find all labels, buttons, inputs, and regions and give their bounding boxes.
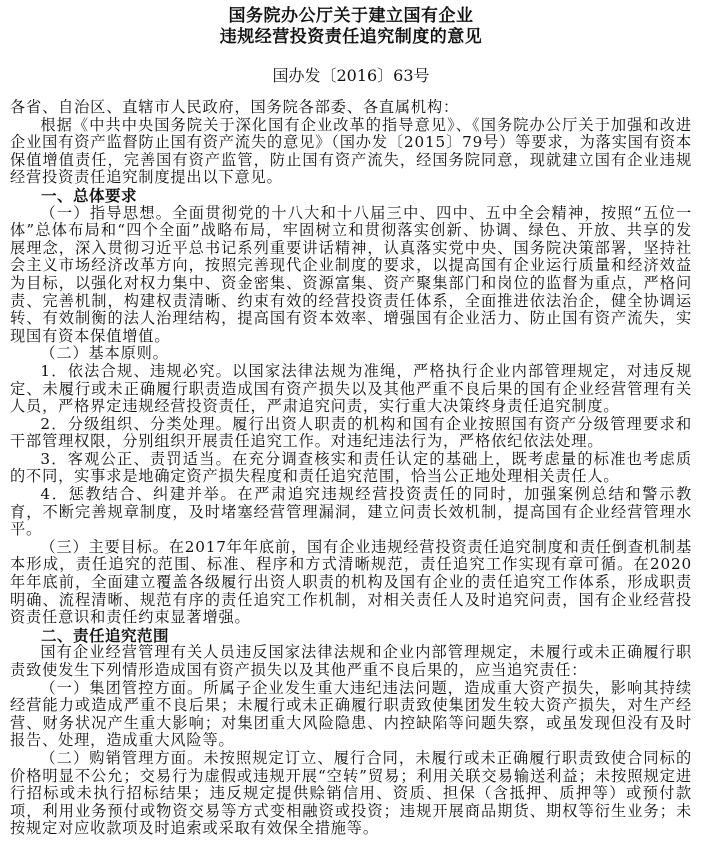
salutation: 各省、自治区、直辖市人民政府，国务院各部委、各直属机构： (10, 99, 692, 117)
document-page: 国务院办公厅关于建立国有企业 违规经营投资责任追究制度的意见 国办发〔2016〕… (10, 0, 692, 838)
scope-intro-paragraph: 国有企业经营管理有关人员违反国家法律法规和企业内部管理规定，未履行或未正确履行职… (10, 644, 692, 679)
document-number: 国办发〔2016〕63号 (10, 66, 692, 86)
guiding-ideology-paragraph: （一）指导思想。全面贯彻党的十八大和十八届三中、四中、五中全会精神，按照“五位一… (10, 205, 692, 346)
document-title-line-2: 违规经营投资责任追究制度的意见 (10, 27, 692, 48)
section-heading-accountability-scope: 二、责任追究范围 (10, 627, 692, 645)
principle-item: 4．惩教结合、纠建并举。在严肃追究违规经营投资责任的同时，加强案例总结和警示教育… (10, 486, 692, 539)
scope-item: （一）集团管控方面。所属子企业发生重大违纪违法问题，造成重大资产损失，影响其持续… (10, 680, 692, 750)
basic-principles-heading: （二）基本原则。 (10, 345, 692, 363)
scope-item: （二）购销管理方面。未按照规定订立、履行合同，未履行或未正确履行职责致使合同标的… (10, 750, 692, 838)
section-heading-general-requirements: 一、总体要求 (10, 187, 692, 205)
document-title-line-1: 国务院办公厅关于建立国有企业 (10, 6, 692, 27)
principle-item: 1．依法合规、违规必究。以国家法律法规为准绳，严格执行企业内部管理规定，对违反规… (10, 363, 692, 416)
principle-item: 2．分级组织、分类处理。履行出资人职责的机构和国有企业按照国有资产分级管理要求和… (10, 416, 692, 451)
main-goals-paragraph: （三）主要目标。在2017年年底前，国有企业违规经营投资责任追究制度和责任倒查机… (10, 539, 692, 627)
intro-paragraph: 根据《中共中央国务院关于深化国有企业改革的指导意见》、《国务院办公厅关于加强和改… (10, 117, 692, 187)
principle-item: 3．客观公正、责罚适当。在充分调查核实和责任认定的基础上，既考虑量的标准也考虑质… (10, 451, 692, 486)
